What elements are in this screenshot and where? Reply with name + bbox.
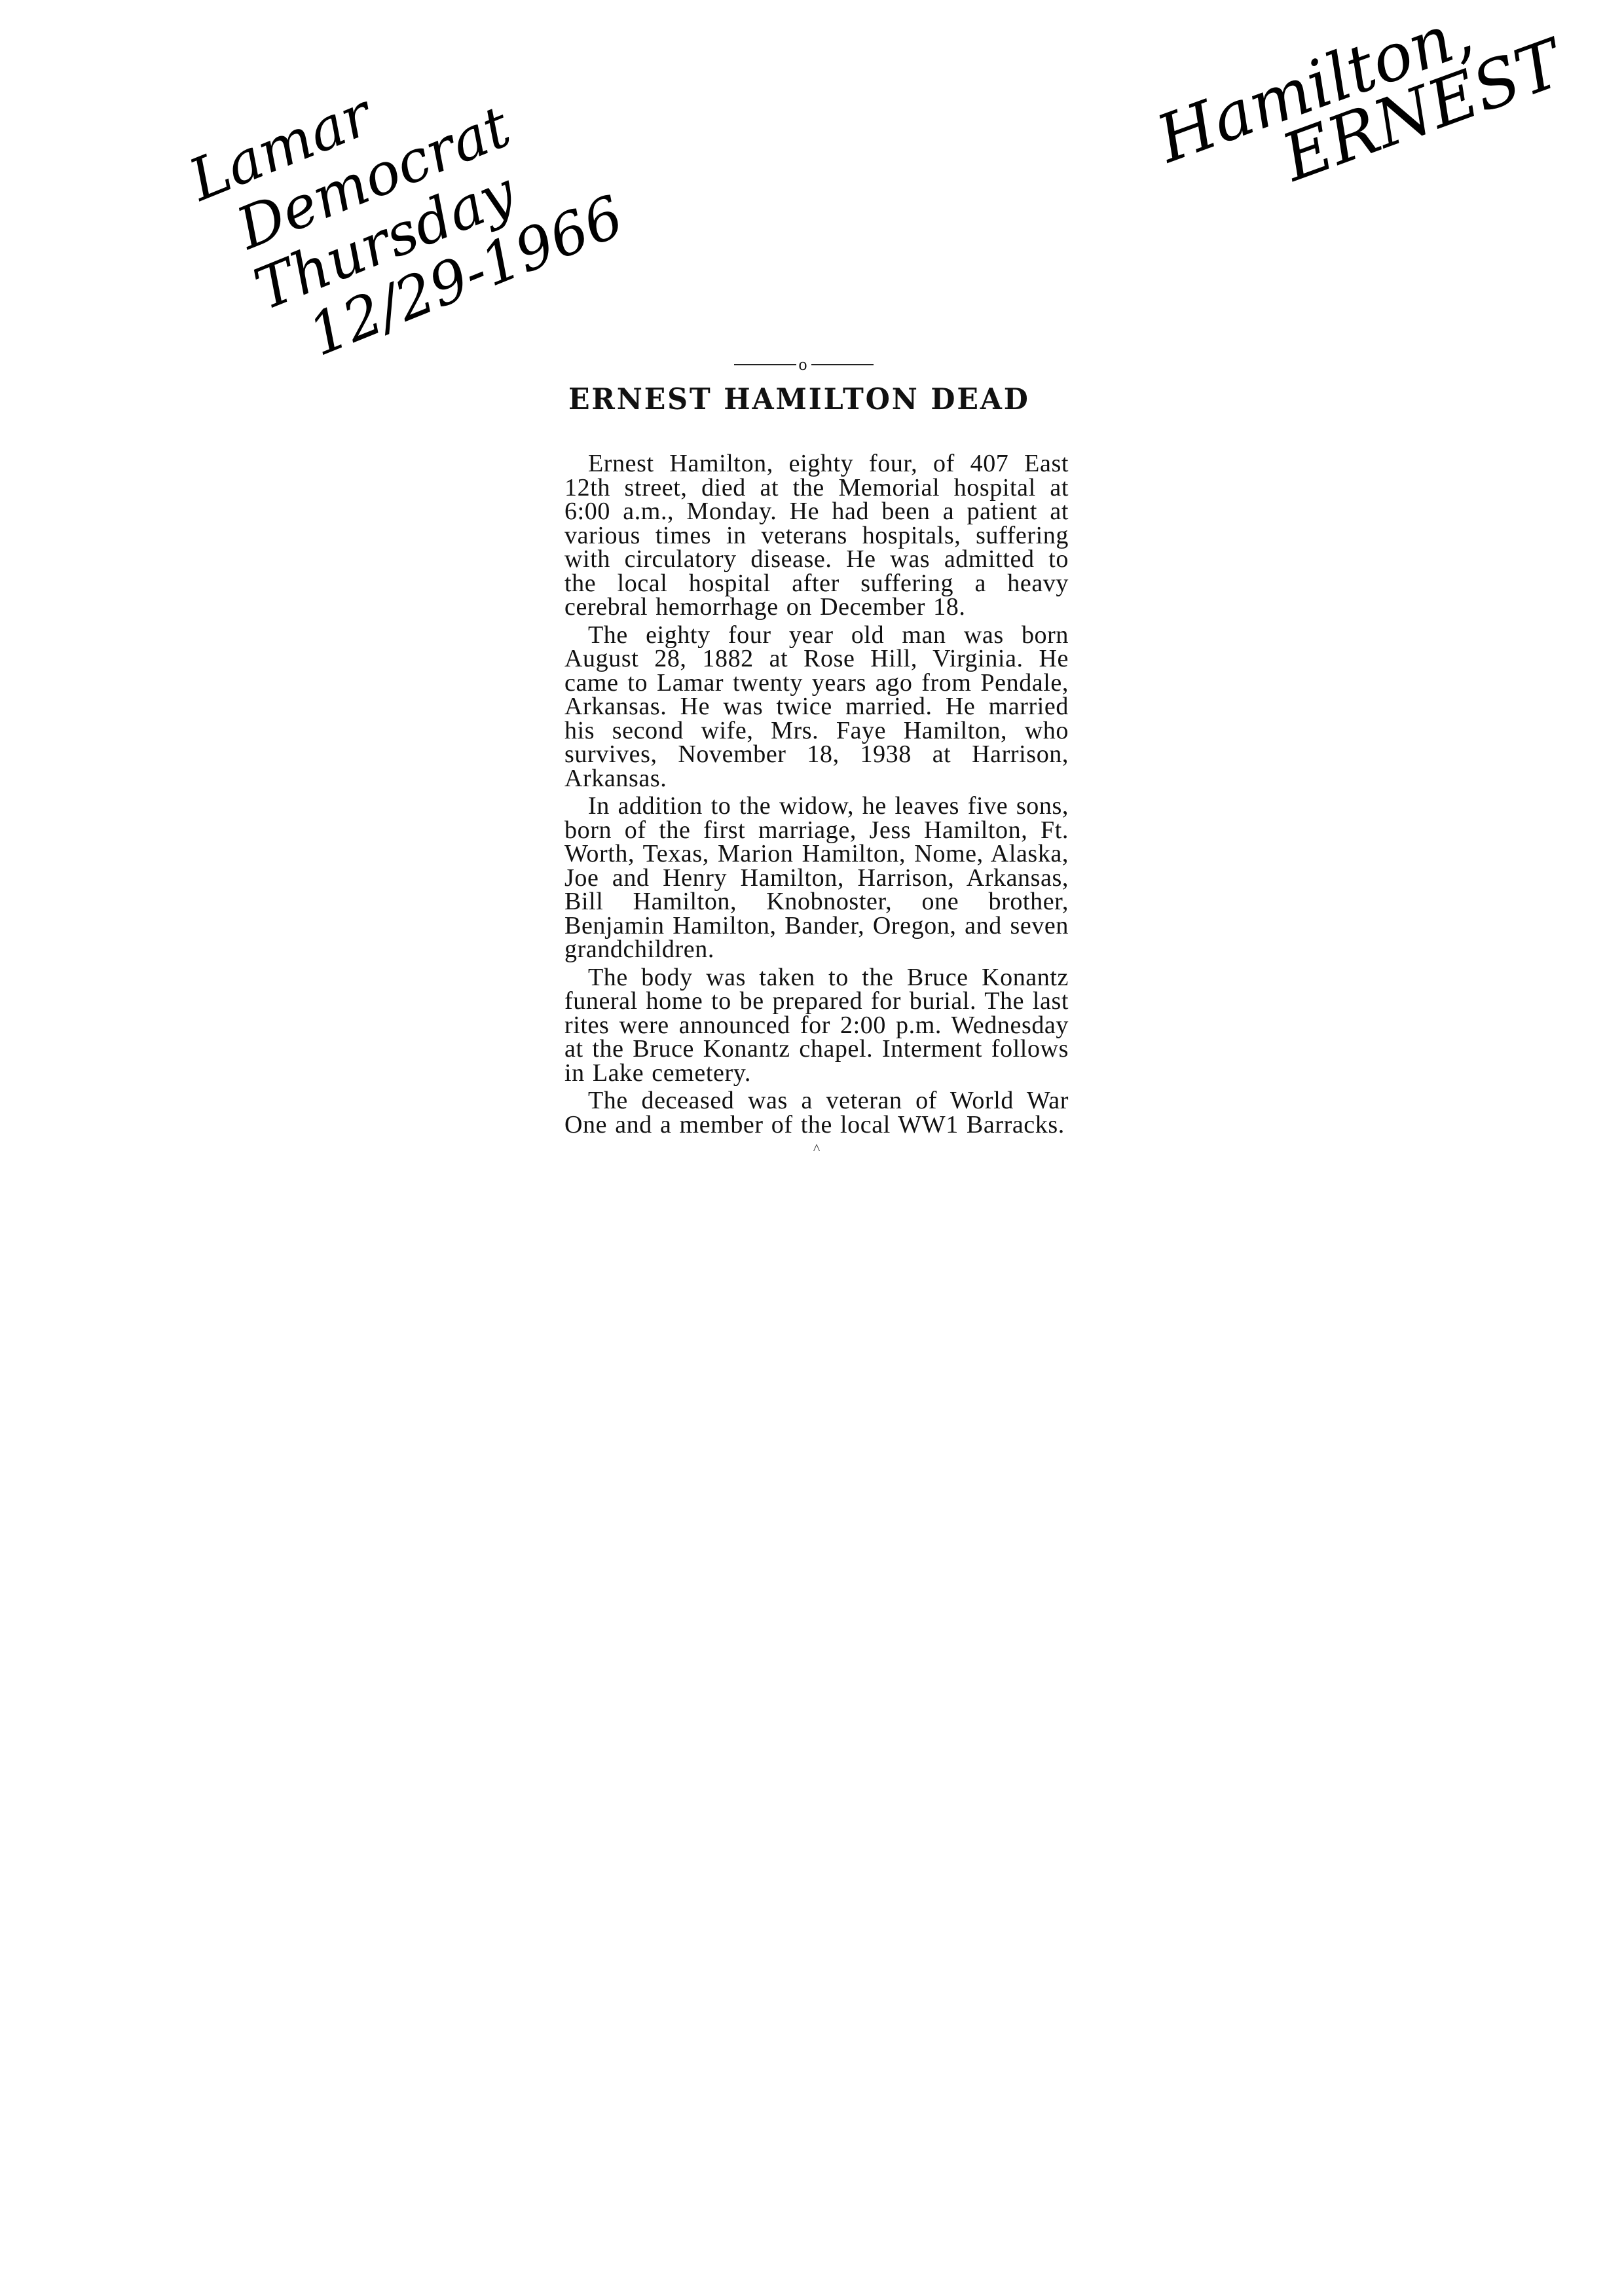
divider-ornament: o [799,355,809,374]
article-headline: ERNEST HAMILTON DEAD [568,381,1044,418]
divider-rule [811,364,874,365]
article-paragraph: Ernest Hamilton, eighty four, of 407 Eas… [564,452,1069,619]
article-paragraph: In addition to the widow, he leaves five… [564,794,1069,962]
article-paragraph: The body was taken to the Bruce Konantz … [564,966,1069,1085]
handwritten-source-note: Lamar Democrat Thursday 12/29-1966 [164,12,633,397]
end-mark: ^ [564,1140,1069,1157]
column-divider: o [538,354,1069,374]
article-paragraph: The deceased was a veteran of World War … [564,1089,1069,1137]
newspaper-clipping: o ERNEST HAMILTON DEAD Ernest Hamilton, … [564,354,1069,1157]
handwritten-name-note: Hamilton, ERNEST [1149,0,1570,229]
scanned-page: Lamar Democrat Thursday 12/29-1966 Hamil… [0,0,1624,2296]
article-paragraph: The eighty four year old man was born Au… [564,623,1069,791]
divider-rule [734,364,796,365]
